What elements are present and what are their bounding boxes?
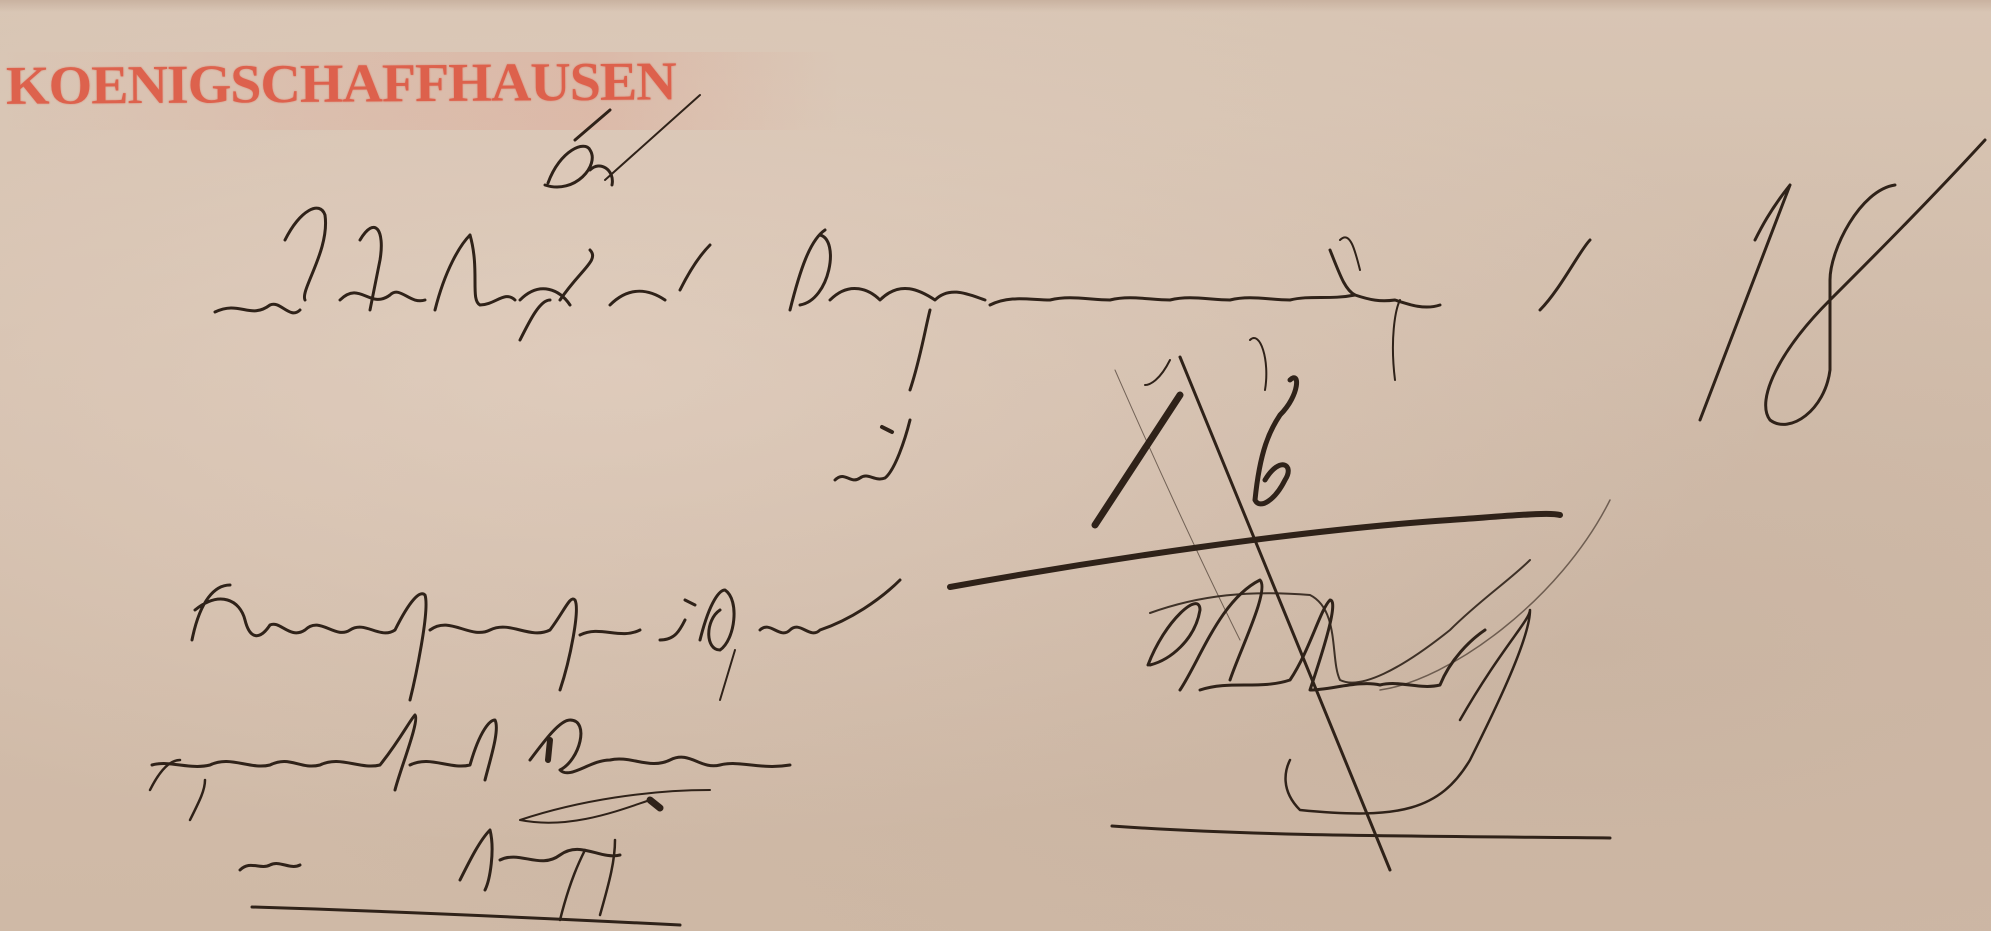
handwriting-ink [0,0,1991,931]
